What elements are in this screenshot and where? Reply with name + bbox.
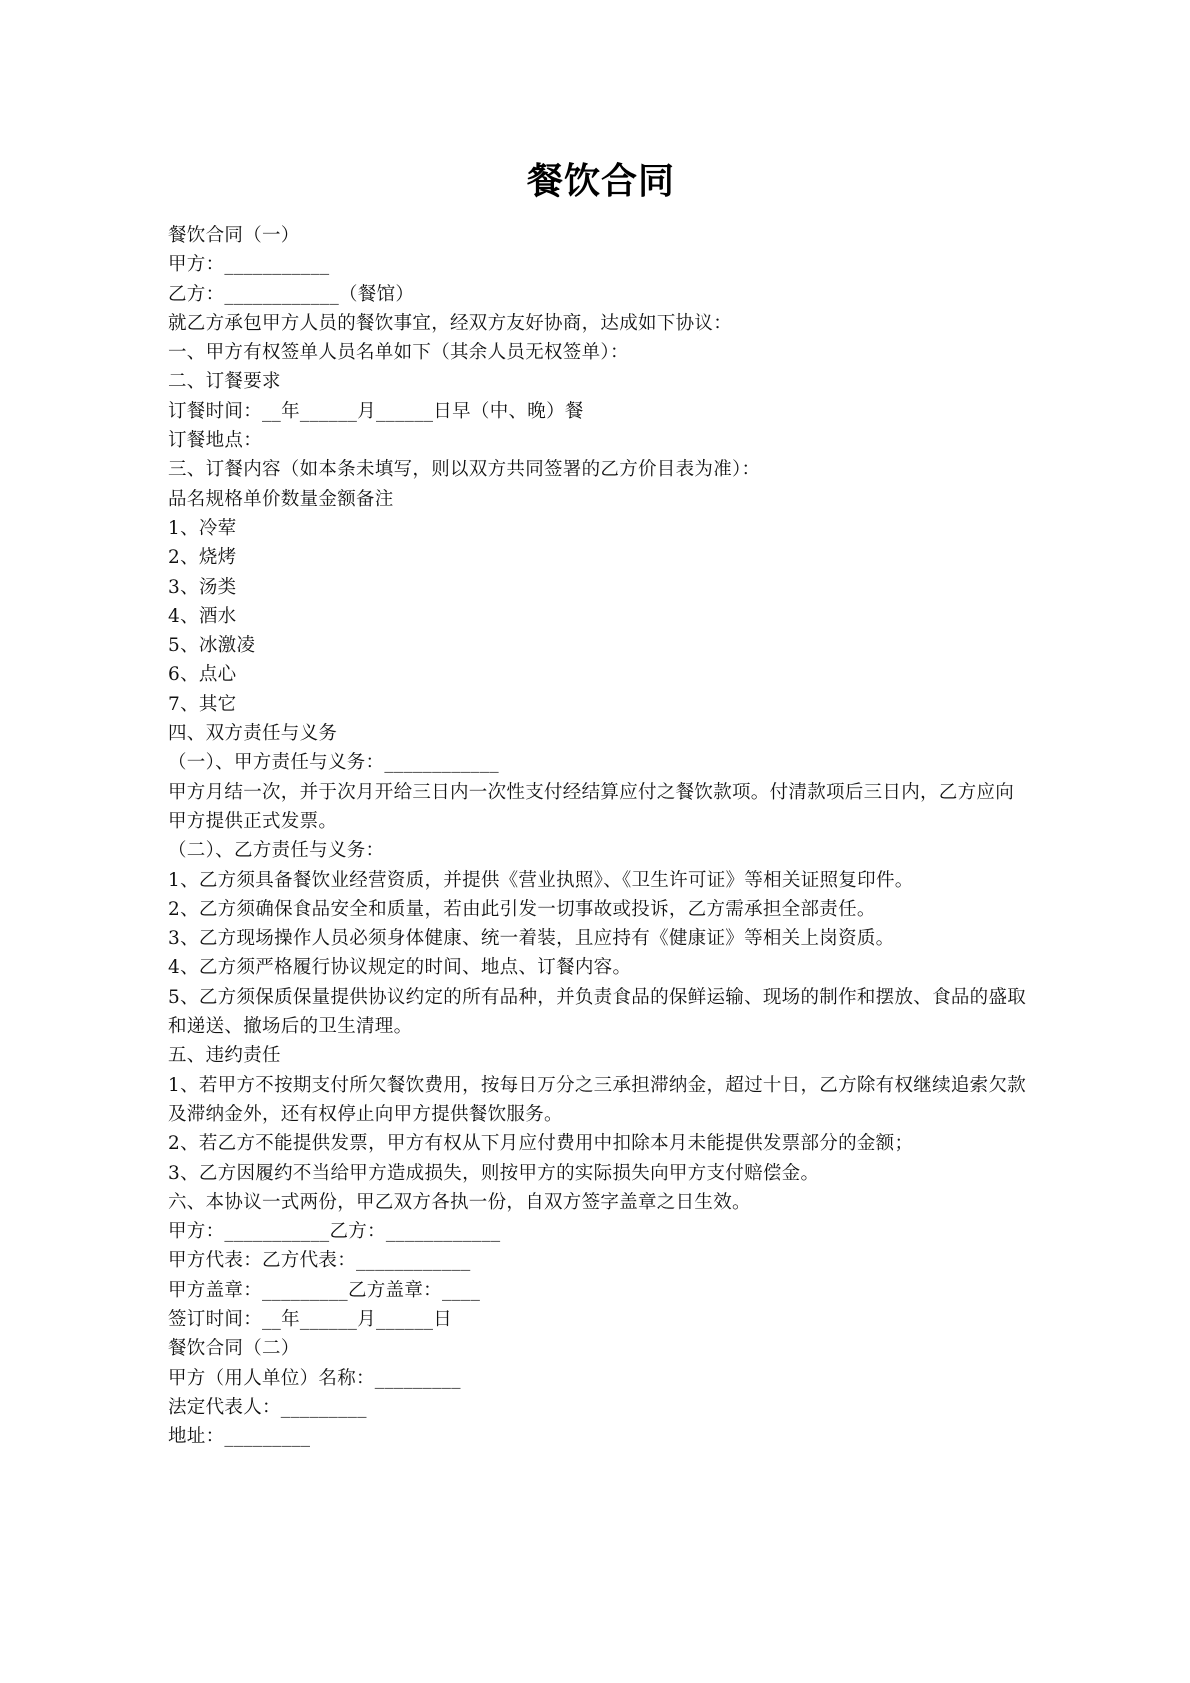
address-field: 地址：_________ — [168, 1422, 1028, 1451]
clause-2-heading: 二、订餐要求 — [168, 367, 1028, 396]
party-b-duty-item: 2、乙方须确保食品安全和质量，若由此引发一切事故或投诉，乙方需承担全部责任。 — [168, 895, 1028, 924]
clause-6-text: 六、本协议一式两份，甲乙双方各执一份，自双方签字盖章之日生效。 — [168, 1188, 1028, 1217]
signature-seals-field: 甲方盖章：_________乙方盖章：____ — [168, 1276, 1028, 1305]
party-a-field: 甲方：___________ — [168, 250, 1028, 279]
breach-item: 2、若乙方不能提供发票，甲方有权从下月应付费用中扣除本月未能提供发票部分的金额； — [168, 1129, 1028, 1158]
signature-parties-field: 甲方：___________乙方：____________ — [168, 1217, 1028, 1246]
breach-item: 3、乙方因履约不当给甲方造成损失，则按甲方的实际损失向甲方支付赔偿金。 — [168, 1159, 1028, 1188]
order-location-field: 订餐地点： — [168, 426, 1028, 455]
clause-3-heading: 三、订餐内容（如本条未填写，则以双方共同签署的乙方价目表为准）： — [168, 455, 1028, 484]
menu-item: 7、其它 — [168, 690, 1028, 719]
menu-item: 1、冷荤 — [168, 514, 1028, 543]
menu-item: 4、酒水 — [168, 602, 1028, 631]
menu-item: 2、烧烤 — [168, 543, 1028, 572]
signing-date-field: 签订时间：__年______月______日 — [168, 1305, 1028, 1334]
preamble-text: 就乙方承包甲方人员的餐饮事宜，经双方友好协商，达成如下协议： — [168, 309, 1028, 338]
party-b-duty-item: 1、乙方须具备餐饮业经营资质，并提供《营业执照》、《卫生许可证》等相关证照复印件… — [168, 866, 1028, 895]
clause-1-heading: 一、甲方有权签单人员名单如下（其余人员无权签单）： — [168, 338, 1028, 367]
signature-representatives-field: 甲方代表：乙方代表：____________ — [168, 1246, 1028, 1275]
party-b-duties-heading: （二）、乙方责任与义务： — [168, 836, 1028, 865]
document-body: 餐饮合同（一） 甲方：___________ 乙方：____________（餐… — [168, 221, 1028, 1451]
menu-table-header: 品名规格单价数量金额备注 — [168, 485, 1028, 514]
document-title: 餐饮合同 — [0, 160, 1190, 204]
section-heading-contract-two: 餐饮合同（二） — [168, 1334, 1028, 1363]
legal-representative-field: 法定代表人：_________ — [168, 1393, 1028, 1422]
party-b-duty-item: 3、乙方现场操作人员必须身体健康、统一着装，且应持有《健康证》等相关上岗资质。 — [168, 924, 1028, 953]
clause-4-heading: 四、双方责任与义务 — [168, 719, 1028, 748]
party-b-field: 乙方：____________（餐馆） — [168, 280, 1028, 309]
menu-item: 3、汤类 — [168, 573, 1028, 602]
section-heading-contract-one: 餐饮合同（一） — [168, 221, 1028, 250]
document-page: 餐饮合同 餐饮合同（一） 甲方：___________ 乙方：_________… — [0, 0, 1190, 1683]
party-b-duty-item: 4、乙方须严格履行协议规定的时间、地点、订餐内容。 — [168, 953, 1028, 982]
employer-name-field: 甲方（用人单位）名称：_________ — [168, 1364, 1028, 1393]
party-b-duty-item: 5、乙方须保质保量提供协议约定的所有品种，并负责食品的保鲜运输、现场的制作和摆放… — [168, 983, 1028, 1042]
clause-5-heading: 五、违约责任 — [168, 1041, 1028, 1070]
party-a-duties-heading: （一）、甲方责任与义务：____________ — [168, 748, 1028, 777]
menu-item: 5、冰激凌 — [168, 631, 1028, 660]
order-time-field: 订餐时间：__年______月______日早（中、晚）餐 — [168, 397, 1028, 426]
menu-item: 6、点心 — [168, 660, 1028, 689]
breach-item: 1、若甲方不按期支付所欠餐饮费用，按每日万分之三承担滞纳金，超过十日，乙方除有权… — [168, 1071, 1028, 1130]
party-a-duties-text: 甲方月结一次，并于次月开给三日内一次性支付经结算应付之餐饮款项。付清款项后三日内… — [168, 778, 1028, 837]
